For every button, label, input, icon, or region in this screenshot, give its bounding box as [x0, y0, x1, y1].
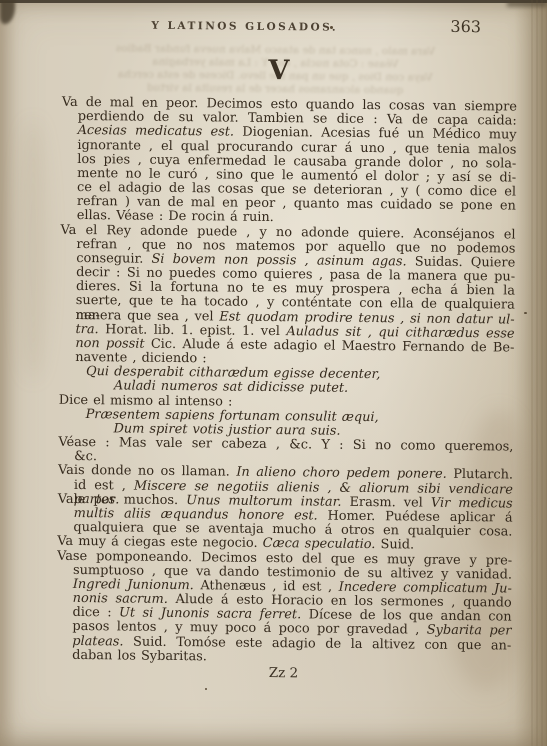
page-content: Y LATINOS GLOSADOS. 363 Vara malo , nunc… — [0, 0, 547, 746]
roman-text: &c. — [74, 449, 97, 464]
latin-italic-text: tra. — [75, 322, 98, 337]
entry-va-el-rey: Va el Rey adonde puede , y no adonde qui… — [59, 223, 515, 369]
entry-va-de-mal-en-peor: Va de mal en peor. Decimos esto quando l… — [61, 96, 517, 228]
entry-vase-pomponeando: Vase pomponeando. Decimos esto del que e… — [56, 549, 512, 667]
scanned-book-page: Y LATINOS GLOSADOS. 363 Vara malo , nunc… — [0, 0, 547, 746]
latin-italic-text: plateas. — [72, 633, 123, 649]
entry-vale-por-muchos: Vale por muchos. Unus multorum instar. E… — [57, 493, 512, 540]
signature-mark: Zz 2 — [56, 663, 511, 684]
roman-text: daban los Sybaritas. — [72, 648, 207, 664]
running-title: Y LATINOS GLOSADOS. — [120, 19, 370, 34]
page-number: 363 — [442, 17, 490, 37]
section-letter: V — [0, 52, 547, 89]
roman-text: dice : — [72, 605, 119, 620]
roman-text: Suid. — [375, 537, 414, 552]
body-text: Va de mal en peor. Decimos esto quando l… — [56, 96, 517, 668]
